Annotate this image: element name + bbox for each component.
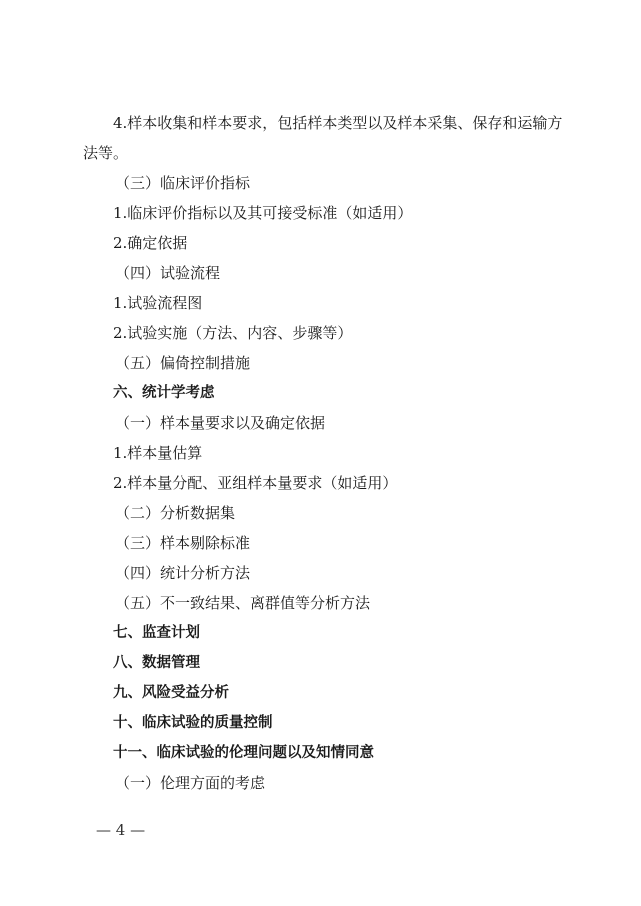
text-line: （三）临床评价指标: [115, 173, 250, 193]
text-line: （四）试验流程: [115, 263, 220, 283]
text-line: 1.试验流程图: [113, 293, 202, 313]
text-line: （三）样本剔除标准: [115, 533, 250, 553]
document-page: 4.样本收集和样本要求，包括样本类型以及样本采集、保存和运输方法等。（三）临床评…: [0, 0, 641, 906]
section-heading: 九、风险受益分析: [113, 683, 229, 703]
text-line: （二）分析数据集: [115, 503, 235, 523]
text-line: （一）伦理方面的考虑: [115, 773, 265, 793]
text-line: 2.样本量分配、亚组样本量要求（如适用）: [113, 473, 397, 493]
text-line: （五）偏倚控制措施: [115, 353, 250, 373]
text-line: 1.样本量估算: [113, 443, 202, 463]
text-line: 法等。: [83, 143, 128, 163]
text-line: 1.临床评价指标以及其可接受标准（如适用）: [113, 203, 412, 223]
text-line: 4.样本收集和样本要求，包括样本类型以及样本采集、保存和运输方: [113, 113, 562, 133]
section-heading: 七、监查计划: [113, 623, 200, 643]
text-line: 2.试验实施（方法、内容、步骤等）: [113, 323, 352, 343]
section-heading: 十、临床试验的质量控制: [113, 713, 273, 733]
text-line: （四）统计分析方法: [115, 563, 250, 583]
section-heading: 六、统计学考虑: [113, 383, 215, 403]
section-heading: 八、数据管理: [113, 653, 200, 673]
text-line: （一）样本量要求以及确定依据: [115, 413, 325, 433]
section-heading: 十一、临床试验的伦理问题以及知情同意: [113, 743, 374, 763]
text-line: （五）不一致结果、离群值等分析方法: [115, 593, 370, 613]
text-line: 2.确定依据: [113, 233, 187, 253]
page-number: — 4 —: [96, 821, 145, 839]
